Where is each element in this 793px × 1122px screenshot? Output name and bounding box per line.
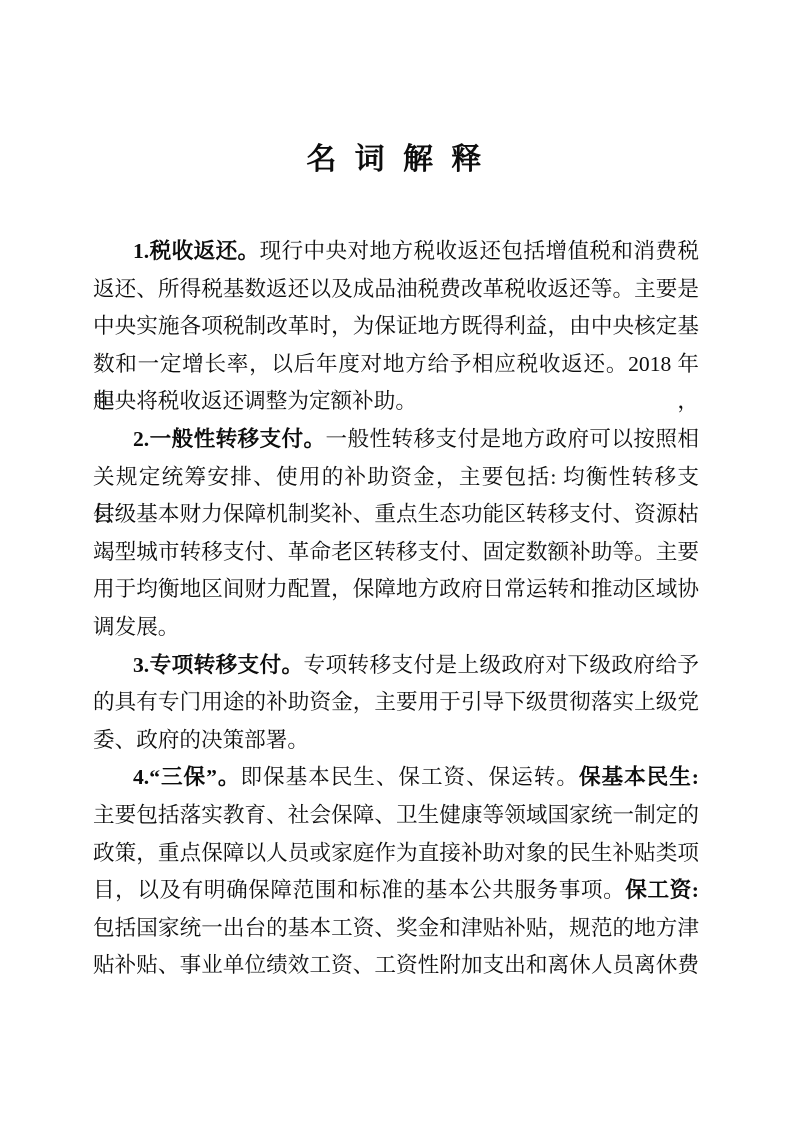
text-line: 目，以及有明确保障范围和标准的基本公共服务事项。保工资: (93, 872, 699, 910)
text-run-bold: 2.一般性转移支付。 (133, 427, 326, 451)
text-line: 的具有专门用途的补助资金，主要用于引导下级贯彻落实上级党 (93, 684, 699, 722)
text-line: 关规定统筹安排、使用的补助资金，主要包括: 均衡性转移支付、 (93, 459, 699, 497)
document-body: 1.税收返还。现行中央对地方税收返还包括增值税和消费税返还、所得税基数返还以及成… (93, 233, 699, 985)
text-run: 中央将税收返还调整为定额补助。 (93, 389, 417, 413)
text-run: 中央实施各项税制改革时，为保证地方既得利益，由中央核定基 (93, 314, 699, 338)
text-run-bold: 3.专项转移支付。 (133, 653, 304, 677)
text-run: 即保基本民生、保工资、保运转。 (240, 765, 579, 789)
text-line: 2.一般性转移支付。一般性转移支付是地方政府可以按照相 (93, 421, 699, 459)
text-run: 用于均衡地区间财力配置，保障地方政府日常运转和推动区域协 (93, 577, 699, 601)
text-line: 用于均衡地区间财力配置，保障地方政府日常运转和推动区域协 (93, 571, 699, 609)
text-run: 返还、所得税基数返还以及成品油税费改革税收返还等。主要是 (93, 277, 699, 301)
page-title: 名 词 解 释 (0, 0, 793, 176)
text-line: 中央实施各项税制改革时，为保证地方既得利益，由中央核定基 (93, 308, 699, 346)
text-run: 竭型城市转移支付、革命老区转移支付、固定数额补助等。主要 (93, 540, 699, 564)
text-run: 贴补贴、事业单位绩效工资、工资性附加支出和离休人员离休费 (93, 953, 699, 977)
text-line: 贴补贴、事业单位绩效工资、工资性附加支出和离休人员离休费 (93, 947, 699, 985)
text-run: 目，以及有明确保障范围和标准的基本公共服务事项。 (93, 878, 625, 902)
text-line: 委、政府的决策部署。 (93, 722, 699, 760)
text-run: 包括国家统一出台的基本工资、奖金和津贴补贴，规范的地方津 (93, 916, 699, 940)
document-page: 名 词 解 释 1.税收返还。现行中央对地方税收返还包括增值税和消费税返还、所得… (0, 0, 793, 1122)
text-run: 县级基本财力保障机制奖补、重点生态功能区转移支付、资源枯 (93, 502, 699, 526)
text-run-bold: 1.税收返还。 (133, 239, 260, 263)
text-line: 调发展。 (93, 609, 699, 647)
text-line: 县级基本财力保障机制奖补、重点生态功能区转移支付、资源枯 (93, 496, 699, 534)
text-line: 主要包括落实教育、社会保障、卫生健康等领域国家统一制定的 (93, 797, 699, 835)
text-line: 4.“三保”。即保基本民生、保工资、保运转。保基本民生: (93, 759, 699, 797)
text-run: 的具有专门用途的补助资金，主要用于引导下级贯彻落实上级党 (93, 690, 699, 714)
text-run-bold: 4.“三保”。 (133, 765, 240, 789)
text-run: 现行中央对地方税收返还包括增值税和消费税 (260, 239, 699, 263)
text-line: 返还、所得税基数返还以及成品油税费改革税收返还等。主要是 (93, 271, 699, 309)
text-run: 委、政府的决策部署。 (93, 728, 309, 752)
text-line: 1.税收返还。现行中央对地方税收返还包括增值税和消费税 (93, 233, 699, 271)
text-line: 竭型城市转移支付、革命老区转移支付、固定数额补助等。主要 (93, 534, 699, 572)
text-run: 调发展。 (93, 615, 179, 639)
text-run: 专项转移支付是上级政府对下级政府给予 (304, 653, 699, 677)
text-run-bold: 保基本民生: (579, 765, 699, 789)
text-run: 政策，重点保障以人员或家庭作为直接补助对象的民生补贴类项 (93, 841, 699, 865)
text-line: 数和一定增长率，以后年度对地方给予相应税收返还。2018 年起， (93, 346, 699, 384)
text-run-bold: 保工资: (625, 878, 699, 902)
text-line: 包括国家统一出台的基本工资、奖金和津贴补贴，规范的地方津 (93, 910, 699, 948)
text-run: 一般性转移支付是地方政府可以按照相 (326, 427, 699, 451)
text-line: 3.专项转移支付。专项转移支付是上级政府对下级政府给予 (93, 647, 699, 685)
text-run: 主要包括落实教育、社会保障、卫生健康等领域国家统一制定的 (93, 803, 699, 827)
text-line: 政策，重点保障以人员或家庭作为直接补助对象的民生补贴类项 (93, 835, 699, 873)
